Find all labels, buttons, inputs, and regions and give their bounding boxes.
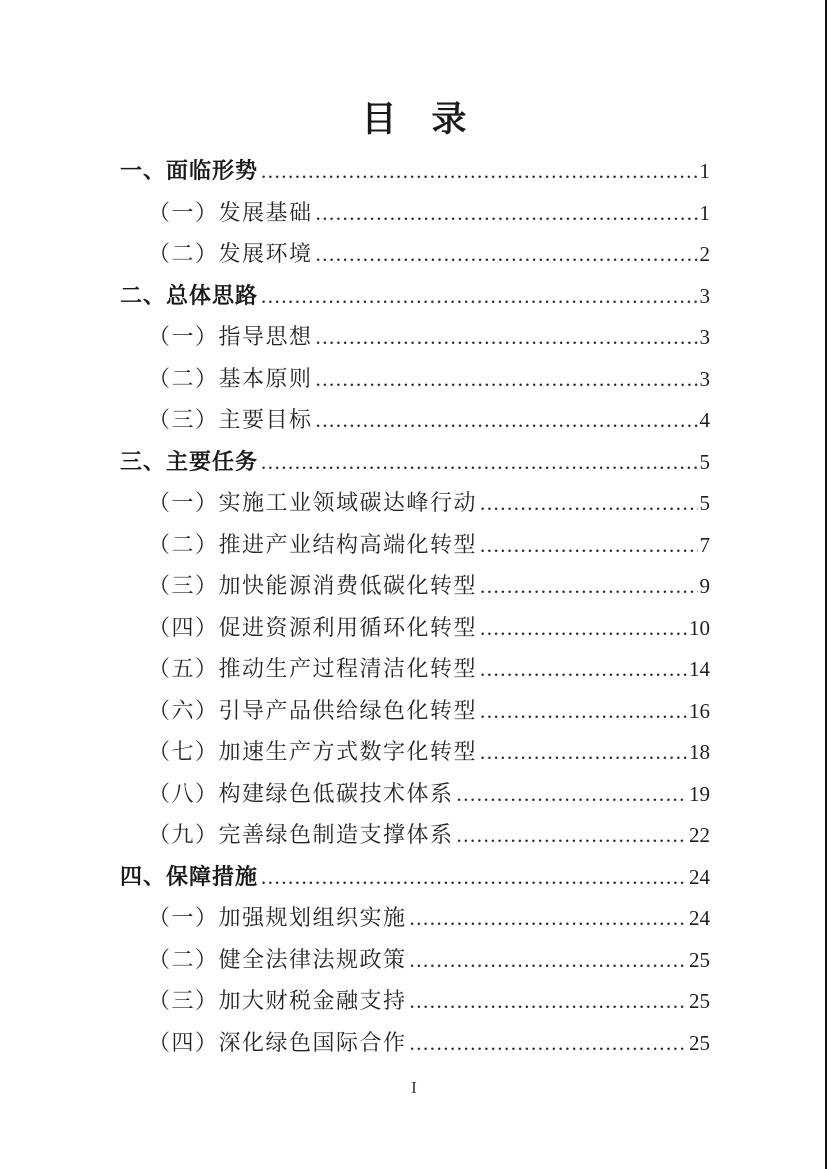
toc-entry-page: 1 (698, 193, 711, 235)
toc-entry: （二）推进产业结构高端化转型 7 (120, 524, 710, 566)
toc-dot-leader (480, 608, 687, 652)
toc-entry-page: 5 (698, 483, 711, 525)
toc-page: 目 录 一、面临形势 1 （一）发展基础 1 （二）发展环境 2 二、总体思路 … (0, 0, 828, 1169)
toc-dot-leader (480, 649, 687, 693)
toc-entry-label: （三）主要目标 (148, 399, 316, 441)
toc-dot-leader (480, 525, 697, 569)
toc-entry: （五）推动生产过程清洁化转型 14 (120, 648, 710, 690)
toc-entry-page: 3 (698, 276, 711, 318)
toc-entry-label: （三）加大财税金融支持 (148, 980, 410, 1022)
toc-entry-label: （二）推进产业结构高端化转型 (148, 524, 480, 566)
toc-entry: （九）完善绿色制造支撑体系 22 (120, 814, 710, 856)
page-title: 目 录 (0, 98, 828, 142)
toc-dot-leader (410, 940, 687, 984)
toc-dot-leader (316, 359, 698, 403)
footer-page-number: I (0, 1078, 828, 1098)
toc-entry-label: （四）深化绿色国际合作 (148, 1022, 410, 1064)
toc-entry-label: （八）构建绿色低碳技术体系 (148, 773, 457, 815)
toc-dot-leader (480, 691, 687, 735)
toc-list: 一、面临形势 1 （一）发展基础 1 （二）发展环境 2 二、总体思路 3 （一… (120, 150, 710, 1063)
toc-dot-leader (480, 566, 697, 610)
toc-dot-leader (410, 981, 687, 1025)
toc-entry: （一）发展基础 1 (120, 192, 710, 234)
toc-entry-label: （三）加快能源消费低碳化转型 (148, 565, 480, 607)
toc-entry-page: 18 (687, 732, 710, 774)
toc-entry-page: 1 (698, 151, 711, 193)
toc-entry-page: 3 (698, 359, 711, 401)
toc-dot-leader (480, 732, 687, 776)
toc-entry-page: 24 (687, 857, 710, 899)
toc-dot-leader (316, 193, 698, 237)
toc-dot-leader (261, 442, 697, 486)
toc-entry-page: 24 (687, 898, 710, 940)
toc-entry-label: （七）加速生产方式数字化转型 (148, 731, 480, 773)
toc-entry: （一）指导思想 3 (120, 316, 710, 358)
toc-entry-page: 22 (687, 815, 710, 857)
toc-dot-leader (316, 234, 698, 278)
toc-entry-page: 3 (698, 317, 711, 359)
toc-dot-leader (316, 400, 698, 444)
toc-entry-label: （一）加强规划组织实施 (148, 897, 410, 939)
toc-entry-page: 7 (698, 525, 711, 567)
toc-dot-leader (457, 774, 687, 818)
toc-entry-page: 16 (687, 691, 710, 733)
toc-dot-leader (261, 276, 697, 320)
toc-entry-label: （五）推动生产过程清洁化转型 (148, 648, 480, 690)
toc-dot-leader (457, 815, 687, 859)
toc-entry-page: 25 (687, 1023, 710, 1065)
toc-entry: （二）基本原则 3 (120, 358, 710, 400)
toc-entry: （二）发展环境 2 (120, 233, 710, 275)
toc-entry-label: 二、总体思路 (120, 275, 261, 317)
toc-entry-page: 9 (698, 566, 711, 608)
toc-entry-page: 25 (687, 940, 710, 982)
toc-entry-label: （一）指导思想 (148, 316, 316, 358)
toc-entry: （三）主要目标 4 (120, 399, 710, 441)
toc-dot-leader (480, 483, 697, 527)
toc-entry-page: 14 (687, 649, 710, 691)
toc-entry: （一）加强规划组织实施 24 (120, 897, 710, 939)
toc-entry-page: 4 (698, 400, 711, 442)
toc-entry-label: 四、保障措施 (120, 856, 261, 898)
toc-entry-page: 25 (687, 981, 710, 1023)
toc-entry: （三）加大财税金融支持 25 (120, 980, 710, 1022)
toc-entry-label: （一）发展基础 (148, 192, 316, 234)
toc-entry-page: 10 (687, 608, 710, 650)
scan-edge-line (825, 0, 827, 1169)
toc-entry: 二、总体思路 3 (120, 275, 710, 317)
toc-dot-leader (316, 317, 698, 361)
toc-entry-page: 5 (698, 442, 711, 484)
toc-entry-page: 2 (698, 234, 711, 276)
toc-dot-leader (410, 1023, 687, 1067)
toc-entry-label: （四）促进资源利用循环化转型 (148, 607, 480, 649)
toc-entry: 四、保障措施 24 (120, 856, 710, 898)
toc-entry-label: （六）引导产品供给绿色化转型 (148, 690, 480, 732)
toc-entry: （六）引导产品供给绿色化转型 16 (120, 690, 710, 732)
toc-dot-leader (261, 151, 697, 195)
toc-entry: （八）构建绿色低碳技术体系 19 (120, 773, 710, 815)
toc-entry: （四）促进资源利用循环化转型 10 (120, 607, 710, 649)
toc-entry-label: （二）基本原则 (148, 358, 316, 400)
toc-entry: 一、面临形势 1 (120, 150, 710, 192)
toc-dot-leader (410, 898, 687, 942)
toc-entry-page: 19 (687, 774, 710, 816)
toc-entry-label: （二）健全法律法规政策 (148, 939, 410, 981)
toc-entry-label: 三、主要任务 (120, 441, 261, 483)
toc-entry: （三）加快能源消费低碳化转型 9 (120, 565, 710, 607)
toc-dot-leader (261, 857, 687, 901)
toc-entry: （七）加速生产方式数字化转型 18 (120, 731, 710, 773)
toc-entry-label: （二）发展环境 (148, 233, 316, 275)
toc-entry: 三、主要任务 5 (120, 441, 710, 483)
toc-entry-label: （九）完善绿色制造支撑体系 (148, 814, 457, 856)
toc-entry-label: 一、面临形势 (120, 150, 261, 192)
toc-entry-label: （一）实施工业领域碳达峰行动 (148, 482, 480, 524)
toc-entry: （四）深化绿色国际合作 25 (120, 1022, 710, 1064)
toc-entry: （一）实施工业领域碳达峰行动 5 (120, 482, 710, 524)
toc-entry: （二）健全法律法规政策 25 (120, 939, 710, 981)
